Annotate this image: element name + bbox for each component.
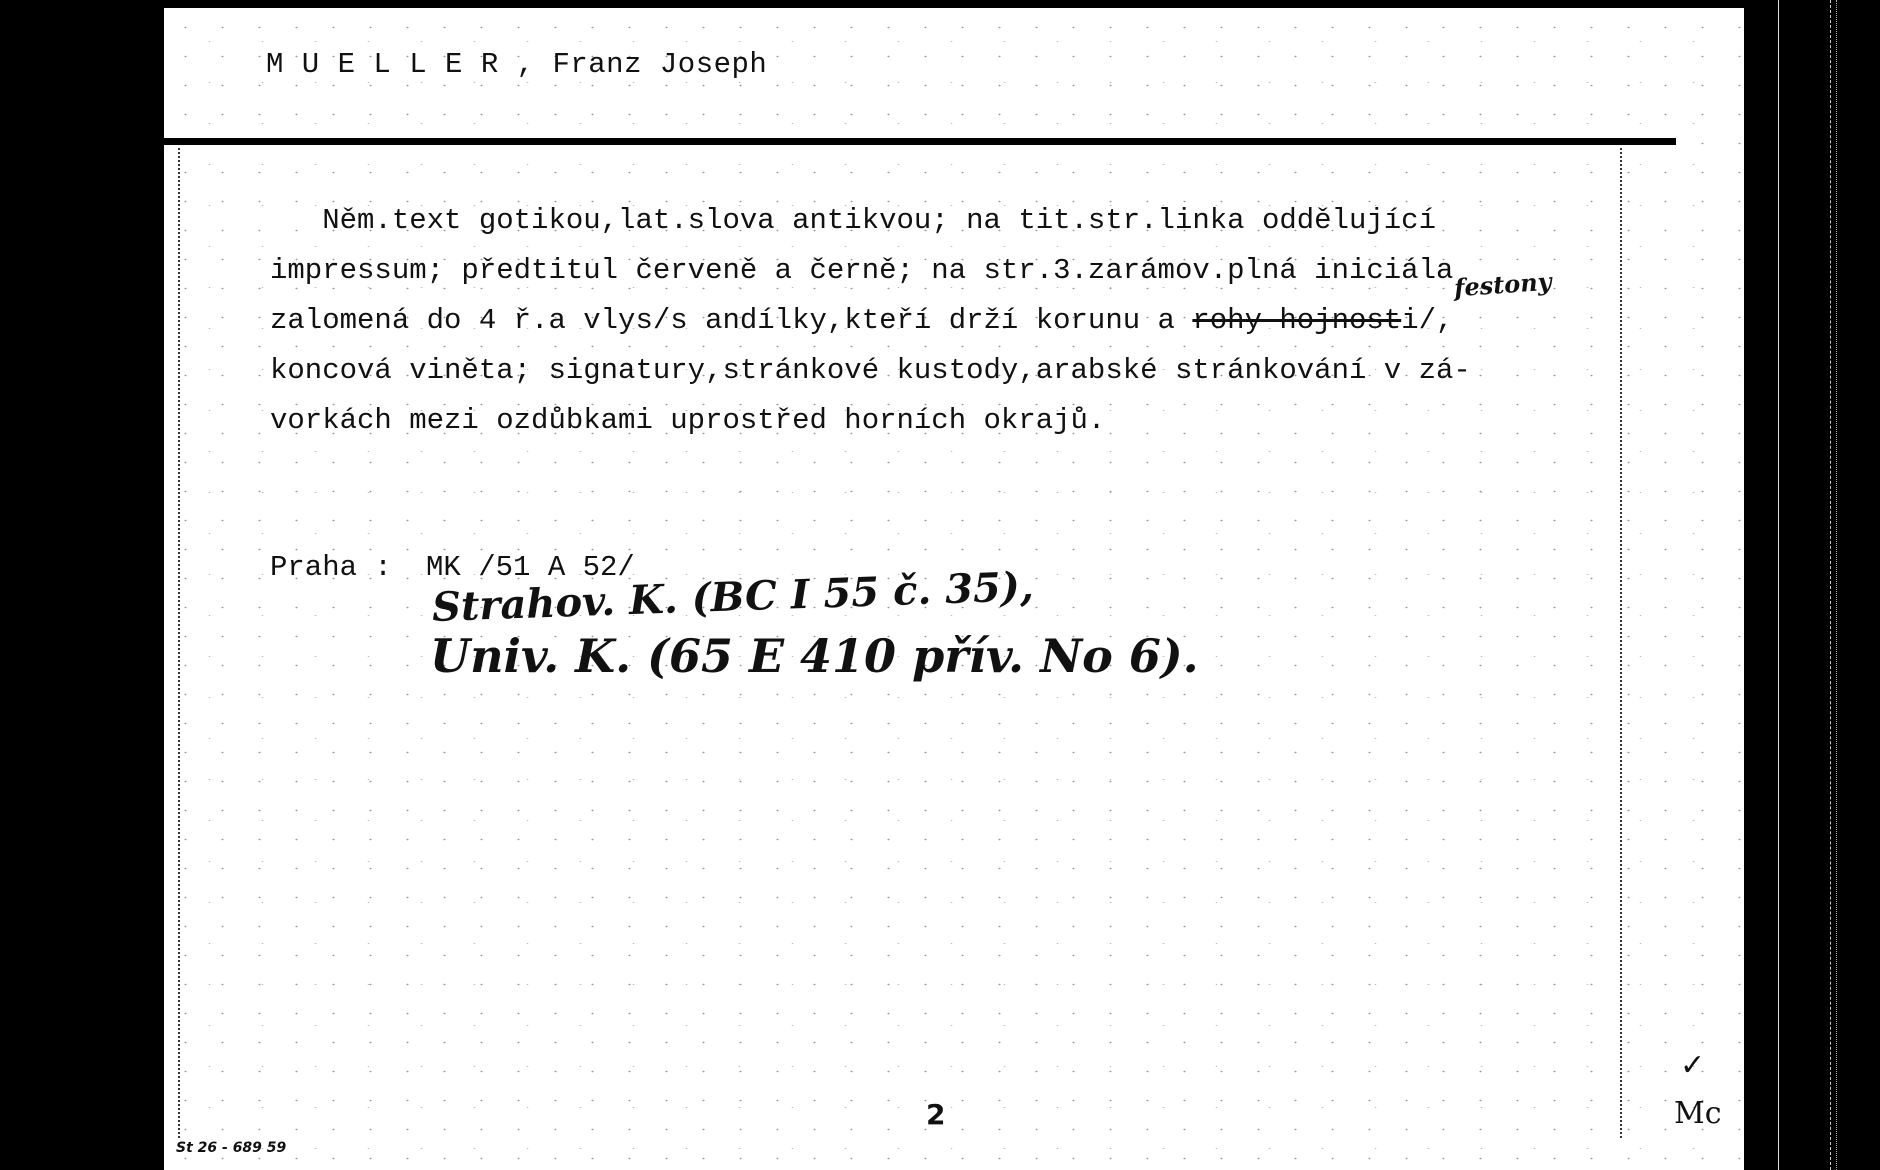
- description-line: Něm.text gotikou,lat.slova antikvou; na …: [270, 196, 1630, 246]
- description-line: koncová viněta; signatury,stránkové kust…: [270, 346, 1630, 396]
- surname: M U E L L E R: [266, 48, 499, 81]
- heading-rule: [164, 138, 1676, 145]
- scan-border: [1744, 0, 1880, 1170]
- description-line: impressum; předtitul červeně a černě; na…: [270, 246, 1630, 296]
- name-separator: ,: [499, 48, 553, 81]
- cataloger-initials: Mc: [1674, 1096, 1722, 1131]
- scan-artifact: [1836, 0, 1838, 1170]
- location-list: MK /51 A 52/ Strahov. K. (BC I 55 č. 35)…: [426, 551, 1199, 680]
- struck-text: rohy hojnost: [1192, 304, 1401, 337]
- scan-artifact: [1830, 0, 1832, 1170]
- card-heading: M U E L L E R , Franz Joseph: [266, 48, 767, 81]
- catalog-card: M U E L L E R , Franz Joseph Něm.text go…: [164, 8, 1744, 1170]
- left-margin-line: [178, 148, 180, 1138]
- description-text: Něm.text gotikou,lat.slova antikvou; na …: [270, 196, 1630, 446]
- scan-artifact: [1778, 0, 1779, 1170]
- given-names: Franz Joseph: [552, 48, 767, 81]
- page-mark: 2: [926, 1098, 945, 1131]
- location-label: Praha :: [270, 551, 392, 584]
- description-line: zalomená do 4 ř.a vlys/s andílky,kteří d…: [270, 296, 1630, 346]
- location-handwritten: Univ. K. (65 E 410 přív. No 6).: [430, 632, 1199, 680]
- check-mark-icon: ✓: [1680, 1048, 1705, 1083]
- description-line: vorkách mezi ozdůbkami uprostřed horních…: [270, 396, 1630, 446]
- form-code: St 26 - 689 59: [176, 1140, 286, 1156]
